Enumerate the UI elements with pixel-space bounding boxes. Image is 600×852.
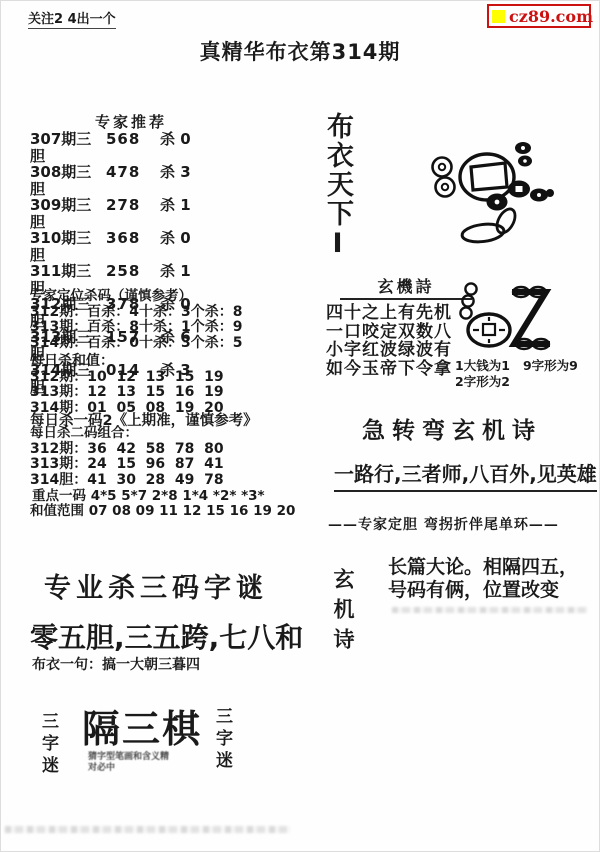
note-line: 对必中 (88, 763, 169, 774)
xuanji-text: 长篇大论。相隔四五， 号码有俩，位置改变 (388, 556, 578, 602)
caption-line: 2字形为2 (455, 374, 578, 390)
note-line: 猜字型笔画和含义精 (88, 752, 169, 763)
row-period: 310期三胆 (30, 230, 106, 263)
row-kill: 杀 1 (160, 197, 191, 230)
list-item: 313期：百杀：8十杀：1个杀：9 (30, 320, 242, 336)
three-char-note: 猜字型笔画和含义精 对必中 (88, 752, 169, 774)
table-row: 307期三胆 568 杀 0 (30, 131, 191, 164)
buyi-tianxia-vertical-title: 布衣天下I (318, 112, 357, 272)
list-item: 313期：24 15 96 87 41 (30, 457, 224, 473)
xuanji-line: 号码有俩，位置改变 (388, 579, 578, 602)
sharp-turn-line: 一路行,三者师,八百外,见英雄 (334, 458, 597, 492)
three-char-label-left: 三字迷 (36, 712, 61, 792)
table-row: 310期三胆 368 杀 0 (30, 230, 191, 263)
xuanji-vertical-label: 玄机诗 (328, 568, 358, 688)
buyi-sentence: 布衣一句：搞一大朝三暮四 (32, 654, 200, 674)
caption-line: 1大钱为1 9字形为9 (455, 358, 578, 374)
row-period: 308期三胆 (30, 164, 106, 197)
sum-range-line: 和值范围 07 08 09 11 12 15 16 19 20 (30, 499, 295, 519)
page-title: 真精华布衣第314期 (0, 36, 600, 66)
coin-doodle-icon (423, 140, 595, 270)
blurred-line (5, 826, 291, 833)
three-char-label-right: 三字迷 (210, 707, 235, 787)
blurred-line (392, 607, 588, 613)
row-numbers: 478 (106, 164, 146, 197)
row-numbers: 278 (106, 197, 146, 230)
sharp-turn-title: 急转弯玄机诗 (362, 412, 542, 445)
list-item: 312期：36 42 58 78 80 (30, 442, 224, 458)
list-item: 314期：百杀：0十杀：3个杀：5 (30, 336, 242, 352)
top-note: 关注2 4出一个 (28, 8, 116, 29)
coin-z-doodle-icon (450, 280, 554, 366)
coin-captions: 1大钱为1 9字形为9 2字形为2 (455, 358, 578, 390)
row-kill: 杀 0 (160, 230, 191, 263)
brand-link[interactable]: cz89.com (509, 7, 593, 26)
puzzle-line: 零五胆,三五跨,七八和 (30, 616, 303, 656)
row-period: 307期三胆 (30, 131, 106, 164)
section-title: 每日杀和值： (30, 354, 224, 370)
expert-table-title: 专家推荐 (95, 111, 167, 132)
scan-page: 关注2 4出一个 cz89.com 真精华布衣第314期 专家推荐 307期三胆… (0, 0, 600, 852)
daily-kill-two-block: 每日杀二码组合： 312期：36 42 58 78 80 313期：24 15 … (30, 426, 224, 488)
table-row: 308期三胆 478 杀 3 (30, 164, 191, 197)
three-char-riddle: 隔三棋 (82, 698, 202, 753)
row-kill: 杀 0 (160, 131, 191, 164)
brand-yellow-square-icon (492, 10, 505, 23)
row-kill: 杀 3 (160, 164, 191, 197)
table-row: 309期三胆 278 杀 1 (30, 197, 191, 230)
puzzle-title: 专业杀三码字谜 (44, 566, 268, 605)
section-title: 专家定位杀码（谨慎参考） (30, 289, 242, 305)
section-title: 每日杀二码组合： (30, 426, 224, 442)
expert-dan-line: ——专家定胆 弯拐折伴尾单环—— (328, 514, 559, 534)
row-period: 309期三胆 (30, 197, 106, 230)
row-numbers: 568 (106, 131, 146, 164)
kill-position-block: 专家定位杀码（谨慎参考） 312期：百杀：4十杀：3个杀：8 313期：百杀：8… (30, 289, 242, 351)
xuanji-line: 长篇大论。相隔四五， (388, 556, 578, 579)
list-item: 312期：百杀：4十杀：3个杀：8 (30, 305, 242, 321)
brand-box: cz89.com (487, 4, 591, 28)
daily-kill-sum-block: 每日杀和值： 312期：10 12 13 15 19 313期：12 13 15… (30, 354, 224, 416)
row-numbers: 368 (106, 230, 146, 263)
list-item: 312期：10 12 13 15 19 (30, 370, 224, 386)
list-item: 313期：12 13 15 16 19 (30, 385, 224, 401)
